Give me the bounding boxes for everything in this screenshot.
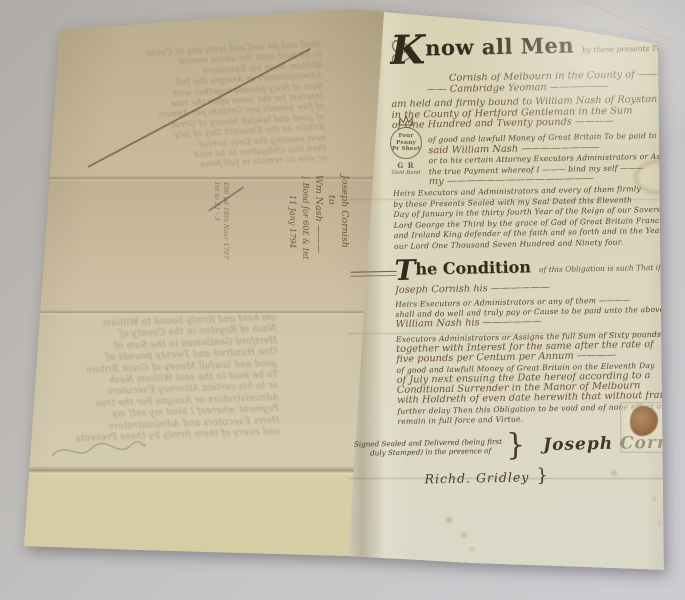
fold-crease-line xyxy=(0,176,395,181)
docket-line: Joseph Cornish xyxy=(338,175,351,297)
bond-document: shall and do well and truly pay or Cause… xyxy=(0,0,685,600)
flourish-ornament xyxy=(386,29,417,72)
attestation-line: duly Stamped) in the presence of xyxy=(354,446,502,458)
fold-crease-line xyxy=(0,466,395,475)
foxing-spots xyxy=(0,0,4,4)
attestation-note: Signed Sealed and Delivered (being first… xyxy=(354,437,502,458)
seal-paper-square xyxy=(621,403,667,452)
opening-heading: Know all Men by these presents That I Jo… xyxy=(390,27,673,72)
docket-note-line: £60 pd 18th Novr 1797 xyxy=(221,182,230,294)
docket-line: Wm Nash ——— xyxy=(312,175,325,297)
witness-signature: Richd. Gridley xyxy=(424,470,529,487)
heading-annex-text: by these presents That I Joseph xyxy=(582,43,685,54)
back-panel-bottom-strip xyxy=(0,470,395,600)
heading-text: now all Men xyxy=(425,32,574,60)
docket-note-line: Int to 21 · 3 xyxy=(212,182,221,294)
stain-mark xyxy=(634,160,684,194)
principal-signature: Joseph Cornish xyxy=(543,432,685,455)
heading-annex-text: of this Obligation is such That if the a… xyxy=(539,261,685,274)
heading-initial: T xyxy=(394,253,415,286)
attestation-brace: } xyxy=(506,433,526,459)
obligation-body-lines: Cornish of Melbourn in the County of ———… xyxy=(391,70,676,253)
docket-payment-note: £60 pd 18th Novr 1797Int to 21 · 3 xyxy=(206,182,230,294)
docket-annotation: Joseph CornishtoWm Nash ———} Bond for 60… xyxy=(271,175,351,297)
wax-seal xyxy=(630,406,658,436)
mirrored-signature-flourish xyxy=(48,436,148,464)
witness-brace: } xyxy=(536,465,548,486)
docket-line: to xyxy=(325,175,338,297)
condition-heading: The Condition of this Obligation is such… xyxy=(394,253,676,282)
docket-line: } Bond for 60£ & Int xyxy=(299,175,312,297)
heading-text: he Condition xyxy=(415,257,531,278)
fold-crease-line xyxy=(0,310,395,315)
docket-line: 11 Jany 1794 xyxy=(286,175,299,297)
document-shadow-wrap: shall and do well and truly pay or Cause… xyxy=(0,0,685,600)
bleedthrough-text-block-lower: am held and firmly bound to WilliamNash … xyxy=(40,313,280,447)
body-line: Joseph Cornish his —————— xyxy=(395,280,677,296)
photo-backdrop: shall and do well and truly pay or Cause… xyxy=(0,0,685,600)
